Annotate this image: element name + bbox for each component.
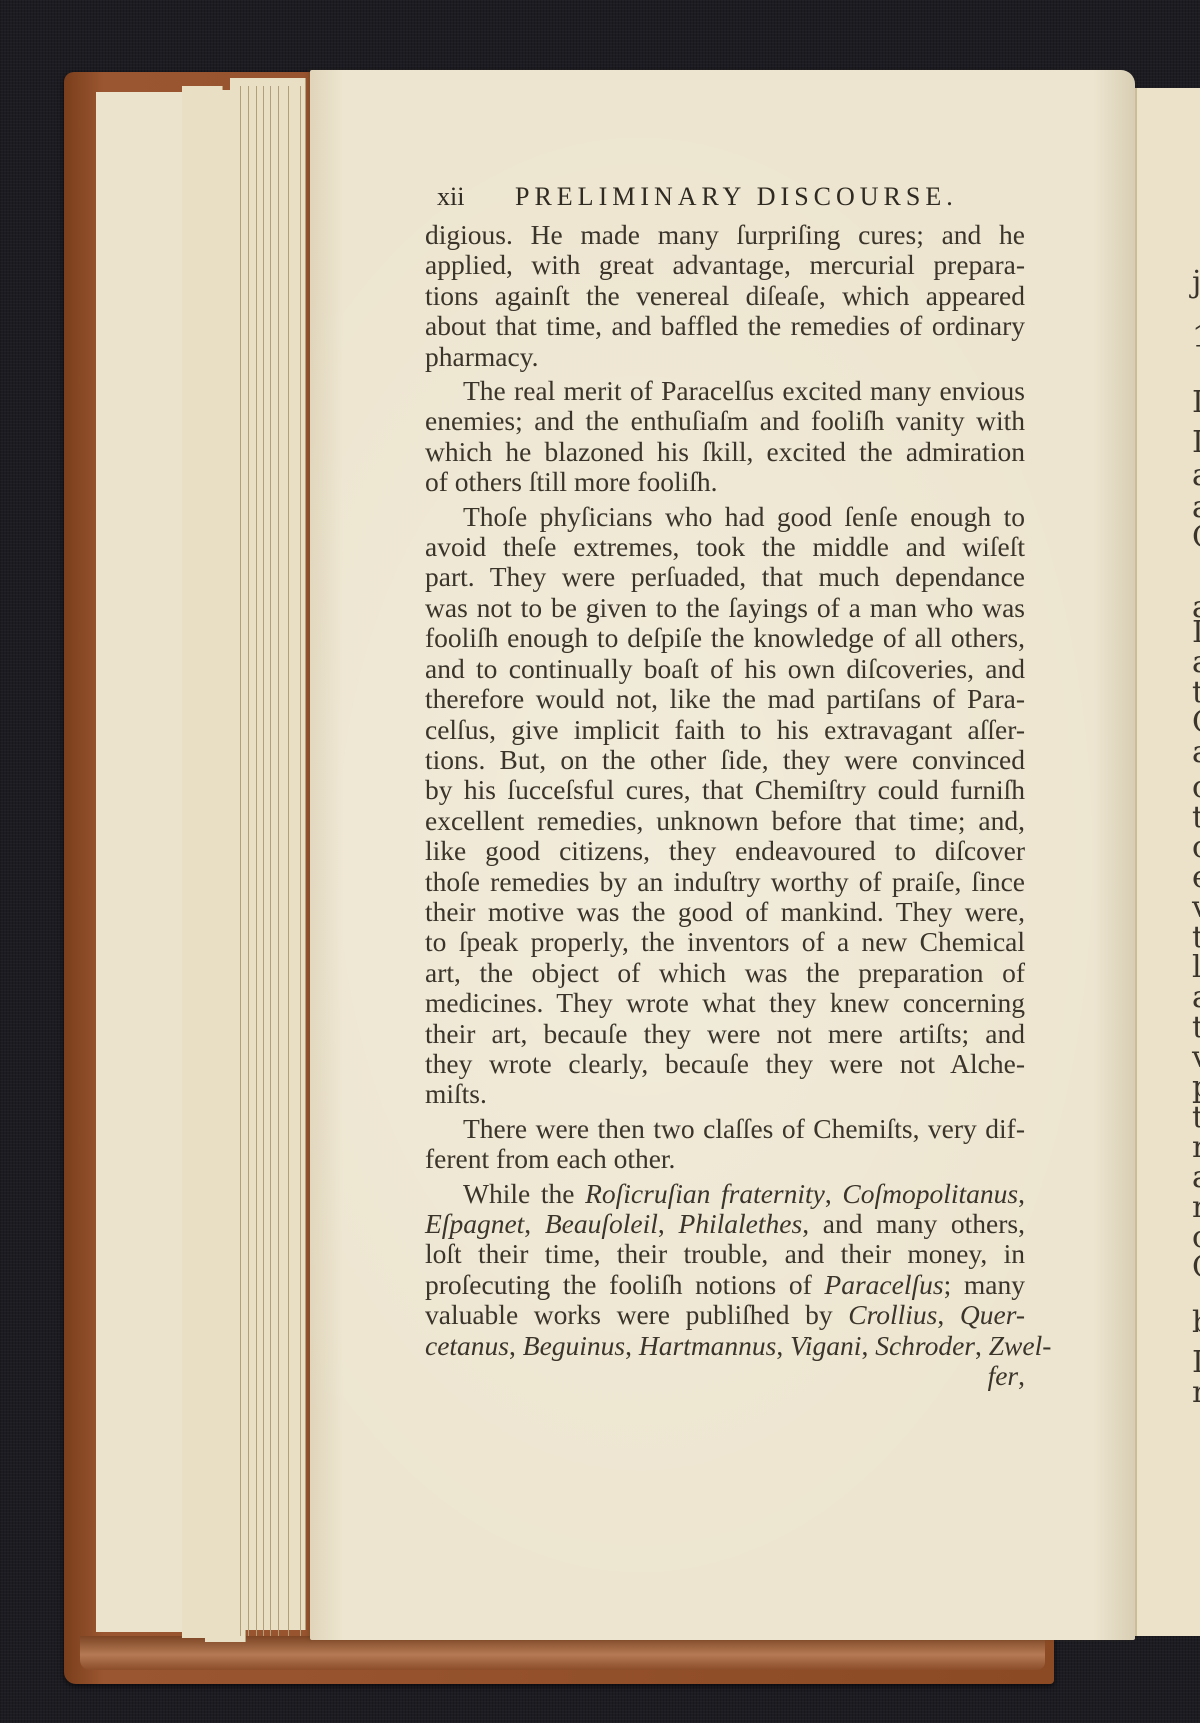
adjacent-page-glyph: I — [1192, 385, 1200, 420]
text-run: , — [776, 1330, 790, 1361]
text-line: art, the object of which was the prepara… — [425, 958, 1025, 988]
adjacent-page-glyph: 1 — [1192, 320, 1200, 355]
text-line: enemies; and the enthuſiaſm and fooliſh … — [425, 406, 1025, 436]
text-run: , — [975, 1330, 989, 1361]
running-header: xii PRELIMINARY DISCOURSE. — [425, 182, 1025, 222]
text-run: , — [625, 1330, 639, 1361]
adjacent-page: j1IIaaCaIatCactcevtlatvptrarcCbIr — [1135, 88, 1200, 1636]
text-line: cetanus, Beguinus, Hartmannus, Vigani, S… — [425, 1331, 1025, 1361]
italic-run: Eſpagnet — [425, 1208, 524, 1239]
italic-run: Beguinus — [523, 1330, 625, 1361]
page-number: xii — [437, 182, 464, 212]
text-run: , and many others, — [802, 1208, 1025, 1239]
italic-run: Coſmopolitanus — [842, 1178, 1018, 1209]
text-line: avoid theſe extremes, took the middle an… — [425, 532, 1025, 562]
text-run: ; many — [944, 1269, 1025, 1300]
text-line: digious. He made many ſurpriſing cures; … — [425, 220, 1025, 250]
paragraph: There were then two claſſes of Chemiſts,… — [425, 1114, 1025, 1175]
adjacent-page-glyph: a — [1192, 735, 1200, 770]
text-run: , — [524, 1208, 545, 1239]
text-run: , — [825, 1178, 843, 1209]
italic-run: Crollius — [848, 1299, 937, 1330]
text-line: miſts. — [425, 1079, 1025, 1109]
text-line: ferent from each other. — [425, 1144, 1025, 1174]
italic-run: Zwel- — [989, 1330, 1052, 1361]
adjacent-page-glyph: a — [1192, 458, 1200, 493]
adjacent-page-glyph: C — [1192, 520, 1200, 555]
text-line: excellent remedies, unknown before that … — [425, 806, 1025, 836]
text-line: and to continually boaſt of his own diſc… — [425, 654, 1025, 684]
text-line: applied, with great advantage, mercurial… — [425, 250, 1025, 280]
text-line: about that time, and baffled the remedie… — [425, 311, 1025, 341]
paragraph: Thoſe phyſicians who had good ſenſe enou… — [425, 502, 1025, 1110]
text-run: proſecuting the fooliſh notions of — [425, 1269, 824, 1300]
page-edge-line — [248, 86, 249, 1636]
text-run: valuable works were publiſhed by — [425, 1299, 848, 1330]
page-edge-line — [278, 86, 279, 1636]
adjacent-page-glyph: b — [1192, 1305, 1200, 1340]
text-line: which he blazoned his ſkill, excited the… — [425, 437, 1025, 467]
page-stack — [230, 78, 306, 1630]
italic-run: Beauſoleil — [545, 1208, 658, 1239]
text-line: pharmacy. — [425, 342, 1025, 372]
adjacent-page-glyph: C — [1192, 1250, 1200, 1285]
text-line: was not to be given to the ſayings of a … — [425, 593, 1025, 623]
text-line: loſt their time, their trouble, and thei… — [425, 1239, 1025, 1269]
page-edge-line — [288, 86, 289, 1636]
page-edge-line — [263, 86, 264, 1636]
text-run: loſt their time, their trouble, and thei… — [425, 1238, 1025, 1269]
text-line: part. They were perſuaded, that much dep… — [425, 562, 1025, 592]
text-line: celſus, give implicit faith to his extra… — [425, 715, 1025, 745]
text-line: their motive was the good of mankind. Th… — [425, 897, 1025, 927]
page-edge-line — [240, 86, 241, 1636]
text-line: valuable works were publiſhed by Crolliu… — [425, 1300, 1025, 1330]
italic-run: Roſicruſian fraternity — [585, 1178, 825, 1209]
text-line: to ſpeak properly, the inventors of a ne… — [425, 927, 1025, 957]
text-line: proſecuting the fooliſh notions of Parac… — [425, 1270, 1025, 1300]
italic-run: Hartmannus — [639, 1330, 777, 1361]
paragraph: The real merit of Paracelſus excited man… — [425, 376, 1025, 498]
text-run: While the — [463, 1178, 585, 1209]
italic-run: Quer- — [960, 1299, 1025, 1330]
text-run: , — [937, 1299, 959, 1330]
text-line: tions. But, on the other ſide, they were… — [425, 745, 1025, 775]
text-line: their art, becauſe they were not mere ar… — [425, 1019, 1025, 1049]
italic-run: Paracelſus — [824, 1269, 943, 1300]
text-line: they wrote clearly, becauſe they were no… — [425, 1049, 1025, 1079]
page-edge-line — [270, 86, 271, 1636]
italic-run: fer — [988, 1360, 1019, 1391]
text-line: tions againſt the venereal diſeaſe, whic… — [425, 281, 1025, 311]
adjacent-page-glyph: I — [1192, 425, 1200, 460]
paragraph: digious. He made many ſurpriſing cures; … — [425, 220, 1025, 372]
text-line: by his ſucceſsful cures, that Chemiſtry … — [425, 775, 1025, 805]
page-edge-line — [256, 86, 257, 1636]
adjacent-page-glyph: r — [1192, 1375, 1200, 1410]
text-line: There were then two claſſes of Chemiſts,… — [425, 1114, 1025, 1144]
text-run: , — [861, 1330, 875, 1361]
text-run: , — [1018, 1360, 1025, 1391]
italic-run: Philalethes — [678, 1208, 802, 1239]
text-line: While the Roſicruſian fraternity, Coſmop… — [425, 1179, 1025, 1209]
text-line: Eſpagnet, Beauſoleil, Philalethes, and m… — [425, 1209, 1025, 1239]
text-line: therefore would not, like the mad partiſ… — [425, 684, 1025, 714]
text-line: fooliſh enough to deſpiſe the knowledge … — [425, 623, 1025, 653]
italic-run: Schroder — [875, 1330, 975, 1361]
text-line: of others ſtill more fooliſh. — [425, 467, 1025, 497]
text-run: , — [1018, 1178, 1025, 1209]
italic-run: Vigani — [790, 1330, 861, 1361]
text-line: medicines. They wrote what they knew con… — [425, 988, 1025, 1018]
running-title: PRELIMINARY DISCOURSE. — [515, 182, 958, 212]
text-line: like good citizens, they endeavoured to … — [425, 836, 1025, 866]
paragraph: While the Roſicruſian fraternity, Coſmop… — [425, 1179, 1025, 1392]
text-line: thoſe remedies by an induſtry worthy of … — [425, 867, 1025, 897]
adjacent-page-glyph: j — [1192, 265, 1200, 300]
text-run: , — [509, 1330, 523, 1361]
text-line: The real merit of Paracelſus excited man… — [425, 376, 1025, 406]
text-run: , — [658, 1208, 679, 1239]
italic-run: cetanus — [425, 1330, 509, 1361]
text-line: Thoſe phyſicians who had good ſenſe enou… — [425, 502, 1025, 532]
page-edge-line — [300, 86, 301, 1636]
body-text: digious. He made many ſurpriſing cures; … — [425, 220, 1025, 1395]
text-line: fer, — [425, 1361, 1025, 1391]
flyleaf — [96, 92, 187, 1632]
